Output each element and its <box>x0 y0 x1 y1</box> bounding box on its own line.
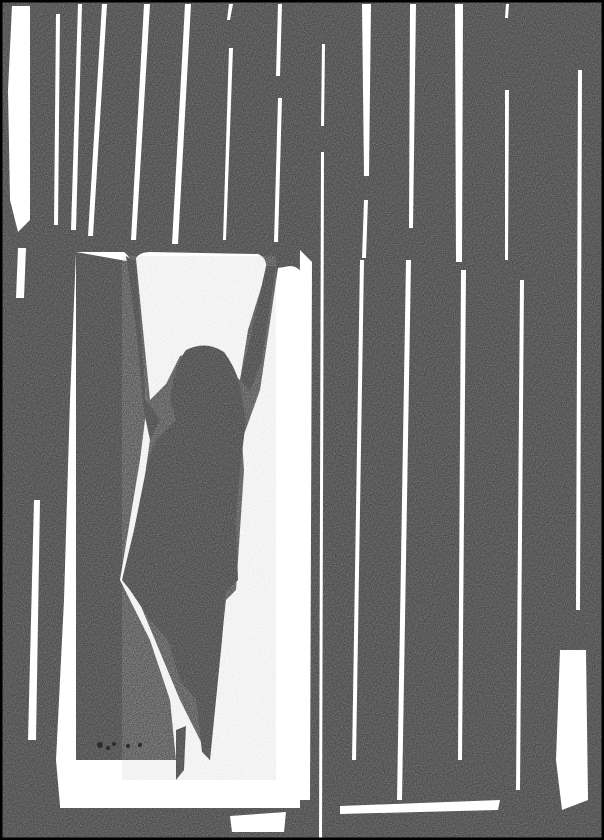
photograph: High-contrast black-and-white photograph… <box>0 0 604 840</box>
photo-canvas <box>0 0 604 840</box>
